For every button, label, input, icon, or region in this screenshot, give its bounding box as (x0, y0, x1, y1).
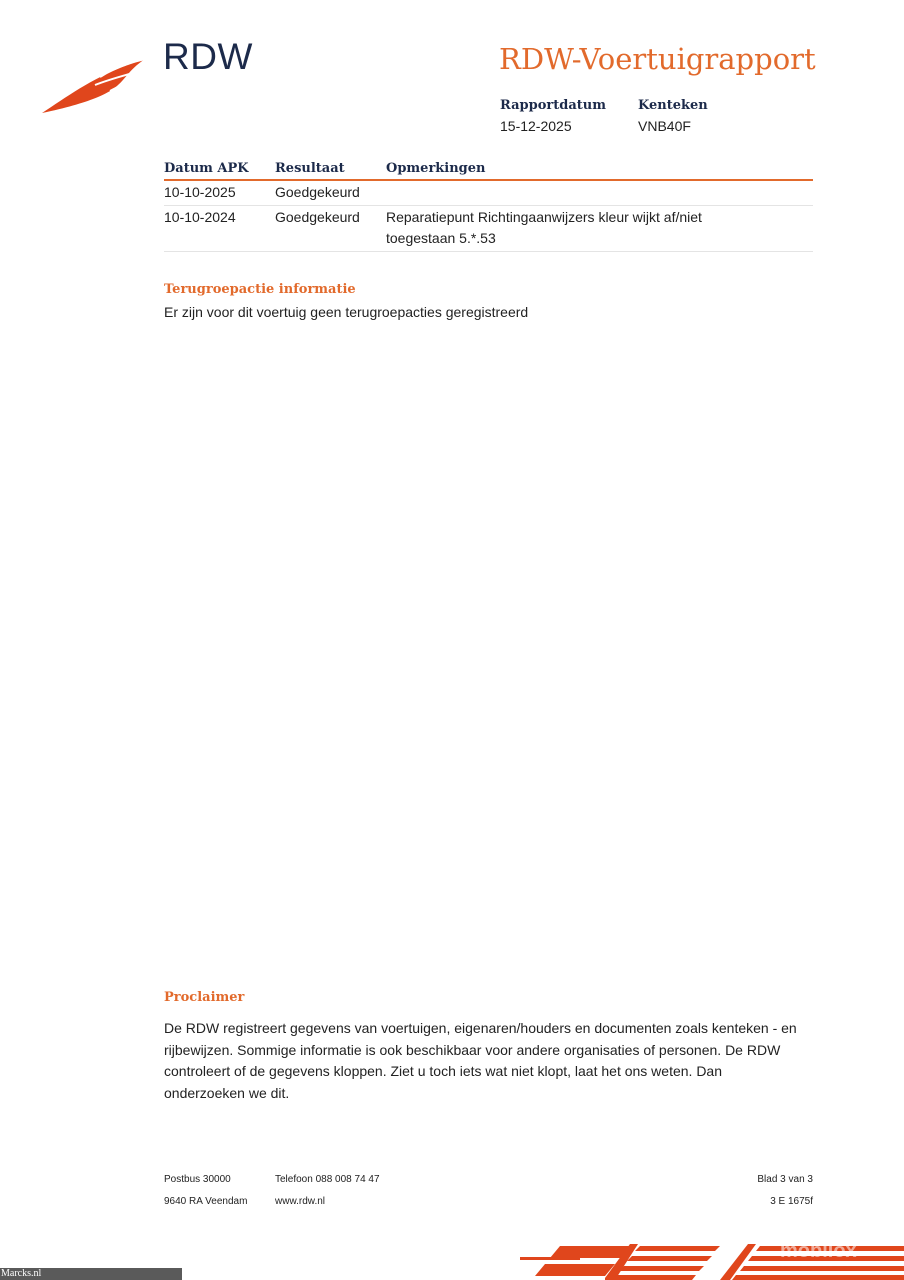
apk-date: 10-10-2025 (164, 180, 275, 206)
plate-label: Kenteken (638, 98, 708, 113)
logo-text: RDW (163, 36, 253, 78)
apk-remarks (386, 180, 813, 206)
col-remarks: Opmerkingen (386, 159, 813, 180)
watermark: mobilox (780, 1240, 857, 1263)
footer-code: 3 E 1675f (770, 1196, 813, 1207)
apk-result: Goedgekeurd (275, 206, 386, 252)
apk-date: 10-10-2024 (164, 206, 275, 252)
footer-address-1: Postbus 30000 (164, 1174, 231, 1185)
footer-website[interactable]: www.rdw.nl (275, 1196, 325, 1207)
table-row: 10-10-2024 Goedgekeurd Reparatiepunt Ric… (164, 206, 813, 252)
apk-table: Datum APK Resultaat Opmerkingen 10-10-20… (164, 159, 813, 252)
col-date: Datum APK (164, 159, 275, 180)
plate-value: VNB40F (638, 118, 691, 134)
recall-text: Er zijn voor dit voertuig geen terugroep… (164, 304, 528, 320)
footer-address-2: 9640 RA Veendam (164, 1196, 247, 1207)
report-title: RDW-Voertuigrapport (499, 42, 816, 76)
apk-remarks: Reparatiepunt Richtingaanwijzers kleur w… (386, 206, 813, 252)
col-result: Resultaat (275, 159, 386, 180)
source-tag: Marcks.nl (0, 1268, 182, 1280)
apk-result: Goedgekeurd (275, 180, 386, 206)
recall-title: Terugroepactie informatie (164, 282, 356, 297)
table-row: 10-10-2025 Goedgekeurd (164, 180, 813, 206)
footer-page-number: Blad 3 van 3 (757, 1174, 813, 1185)
footer-phone: Telefoon 088 008 74 47 (275, 1174, 380, 1185)
disclaimer-text: De RDW registreert gegevens van voertuig… (164, 1018, 804, 1104)
rdw-logo-icon (40, 55, 150, 115)
apk-table-header: Datum APK Resultaat Opmerkingen (164, 159, 813, 180)
report-date-label: Rapportdatum (500, 98, 606, 113)
disclaimer-title: Proclaimer (164, 990, 244, 1005)
report-date-value: 15-12-2025 (500, 118, 572, 134)
